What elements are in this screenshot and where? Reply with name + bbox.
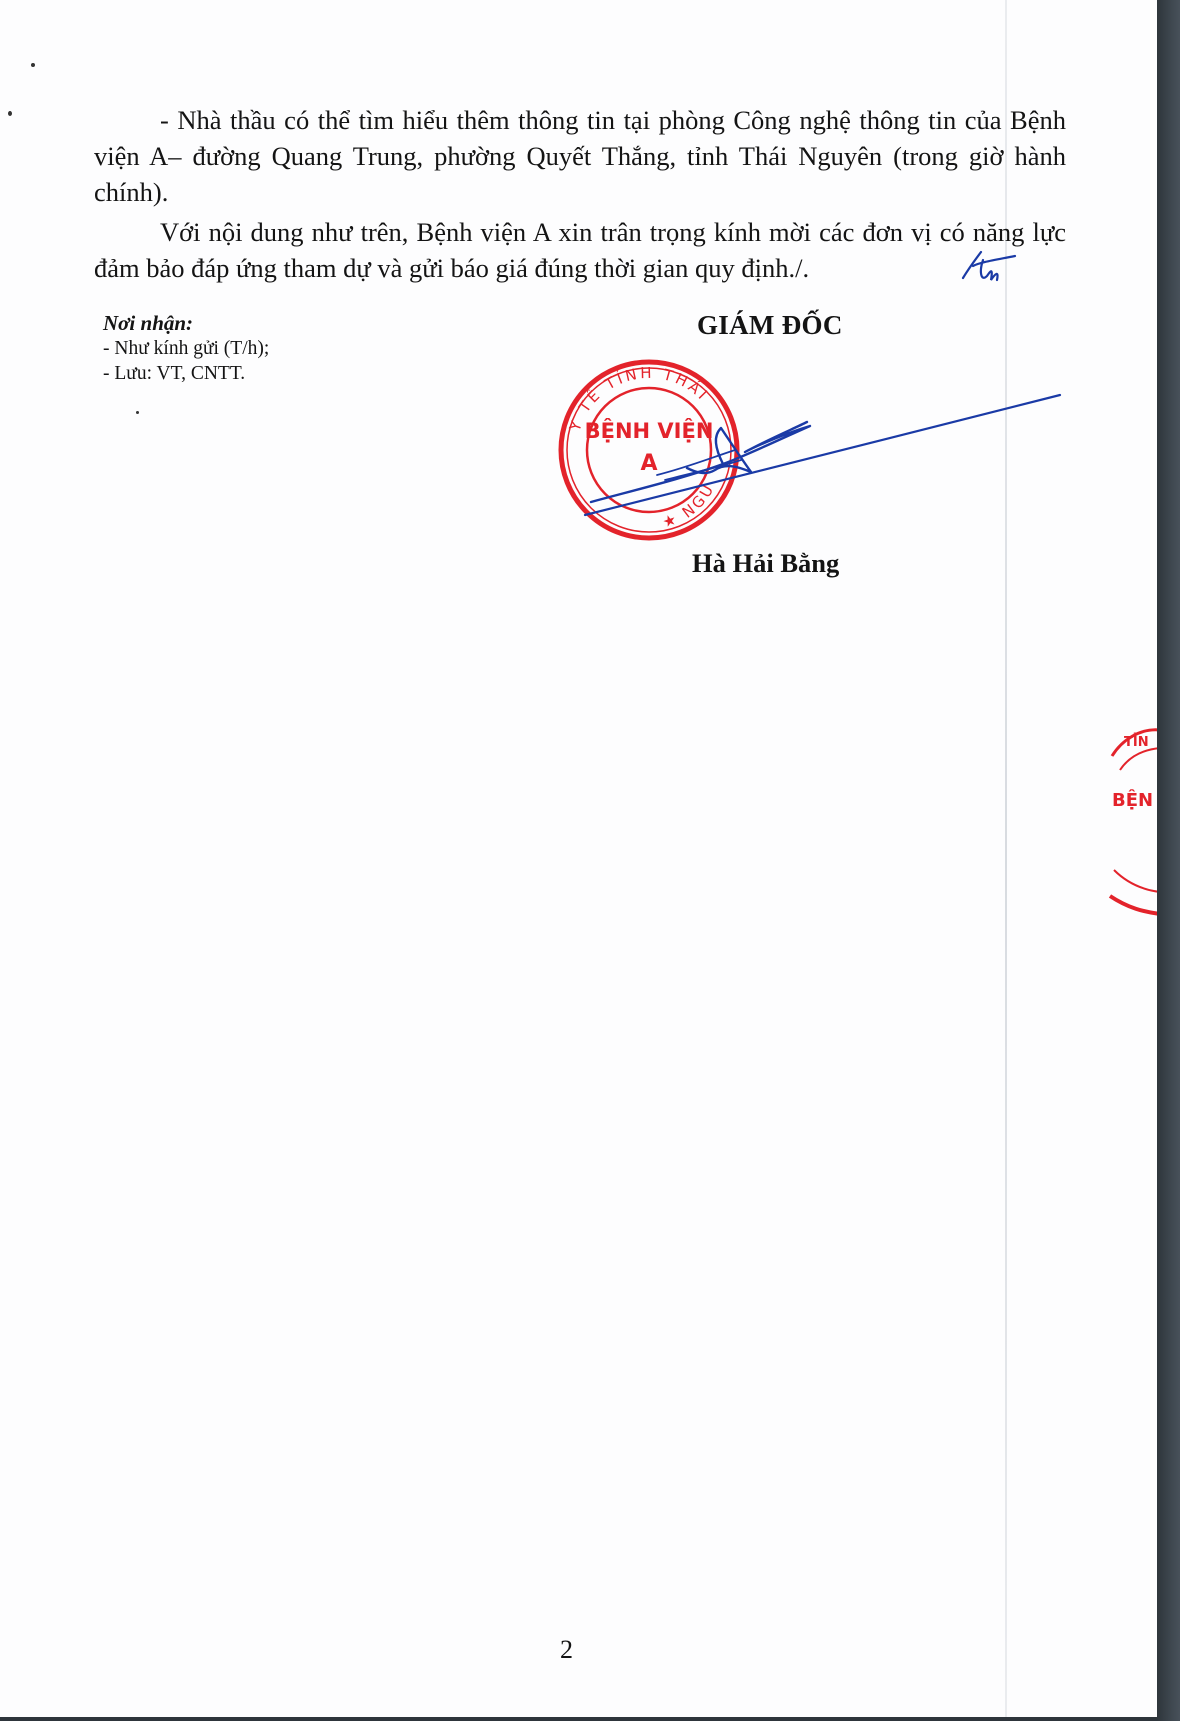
paragraph-text: - Nhà thầu có thể tìm hiểu thêm thông ti…	[94, 105, 1066, 207]
svg-text:TỈN: TỈN	[1124, 733, 1149, 750]
scan-bottom-edge	[0, 1717, 1157, 1721]
paragraph-invitation: Với nội dung như trên, Bệnh viện A xin t…	[94, 214, 1066, 286]
scan-dark-edge	[1157, 0, 1180, 1721]
signer-title: GIÁM ĐỐC	[697, 310, 843, 341]
official-stamp-and-signature: Y TẾ TỈNH THÁI ★ NGUYÊN BỆNH VIỆN A	[545, 340, 1075, 555]
signer-name: Hà Hải Bằng	[692, 548, 839, 579]
scan-speck	[8, 111, 12, 116]
recipients-block: Nơi nhận: - Như kính gửi (T/h); - Lưu: V…	[103, 311, 269, 386]
paragraph-text: Với nội dung như trên, Bệnh viện A xin t…	[94, 217, 1066, 283]
svg-text:BỆNH VIỆN: BỆNH VIỆN	[585, 417, 714, 443]
page-number: 2	[560, 1635, 573, 1665]
recipient-item: - Như kính gửi (T/h);	[103, 336, 269, 361]
edge-stamp-fragment-icon: TỈN BỆN	[1100, 720, 1160, 920]
recipients-title: Nơi nhận:	[103, 311, 269, 336]
svg-text:BỆN: BỆN	[1112, 789, 1153, 811]
recipient-item: - Lưu: VT, CNTT.	[103, 361, 269, 386]
red-stamp-icon: Y TẾ TỈNH THÁI ★ NGUYÊN BỆNH VIỆN A	[538, 325, 737, 538]
scan-speck	[136, 411, 139, 414]
initials-paraph-icon	[955, 246, 1017, 286]
paragraph-contact-info: - Nhà thầu có thể tìm hiểu thêm thông ti…	[94, 102, 1066, 210]
svg-text:A: A	[640, 451, 657, 476]
scan-speck	[31, 63, 35, 67]
document-page: - Nhà thầu có thể tìm hiểu thêm thông ti…	[0, 0, 1157, 1721]
